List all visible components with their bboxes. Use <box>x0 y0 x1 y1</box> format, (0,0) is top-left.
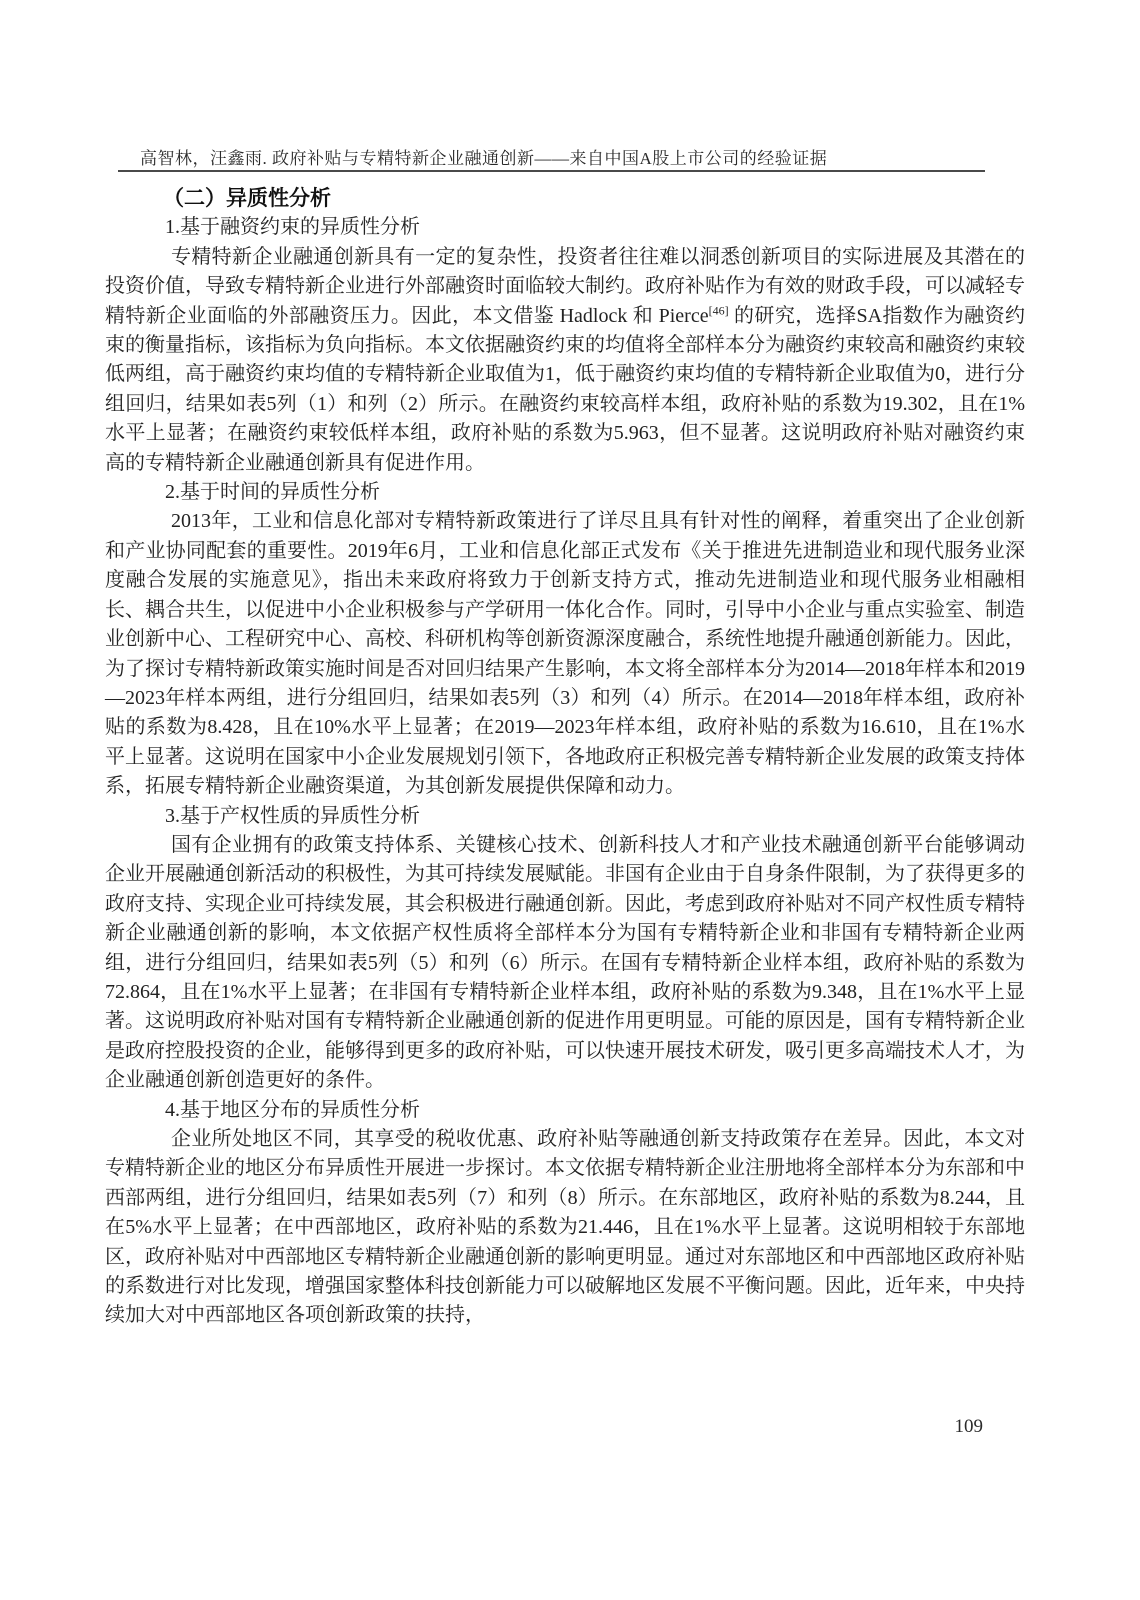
article-body: （二）异质性分析 1.基于融资约束的异质性分析 专精特新企业融通创新具有一定的复… <box>105 184 1025 1331</box>
citation-ref-46: [46] <box>709 303 729 317</box>
subsection-heading-1: 1.基于融资约束的异质性分析 <box>105 213 1025 242</box>
paragraph-time-heterogeneity: 2013年，工业和信息化部对专精特新政策进行了详尽且具有针对性的阐释，着重突出了… <box>105 507 1025 801</box>
running-header: 高智林，汪鑫雨. 政府补贴与专精特新企业融通创新——来自中国A股上市公司的经验证… <box>140 144 1020 169</box>
header-rule <box>118 170 985 172</box>
paper-page: 高智林，汪鑫雨. 政府补贴与专精特新企业融通创新——来自中国A股上市公司的经验证… <box>0 0 1140 1600</box>
paragraph-financing-constraint: 专精特新企业融通创新具有一定的复杂性，投资者往往难以洞悉创新项目的实际进展及其潜… <box>105 243 1025 478</box>
subsection-heading-4: 4.基于地区分布的异质性分析 <box>105 1096 1025 1125</box>
subsection-heading-3: 3.基于产权性质的异质性分析 <box>105 802 1025 831</box>
paragraph-1-text-after-citation: 的研究，选择SA指数作为融资约束的衡量指标，该指标为负向指标。本文依据融资约束的… <box>105 305 1025 474</box>
paragraph-ownership-heterogeneity: 国有企业拥有的政策支持体系、关键核心技术、创新科技人才和产业技术融通创新平台能够… <box>105 831 1025 1096</box>
paragraph-region-heterogeneity: 企业所处地区不同，其享受的税收优惠、政府补贴等融通创新支持政策存在差异。因此，本… <box>105 1125 1025 1331</box>
page-number: 109 <box>955 1416 984 1438</box>
section-heading: （二）异质性分析 <box>105 184 1025 213</box>
subsection-heading-2: 2.基于时间的异质性分析 <box>105 478 1025 507</box>
